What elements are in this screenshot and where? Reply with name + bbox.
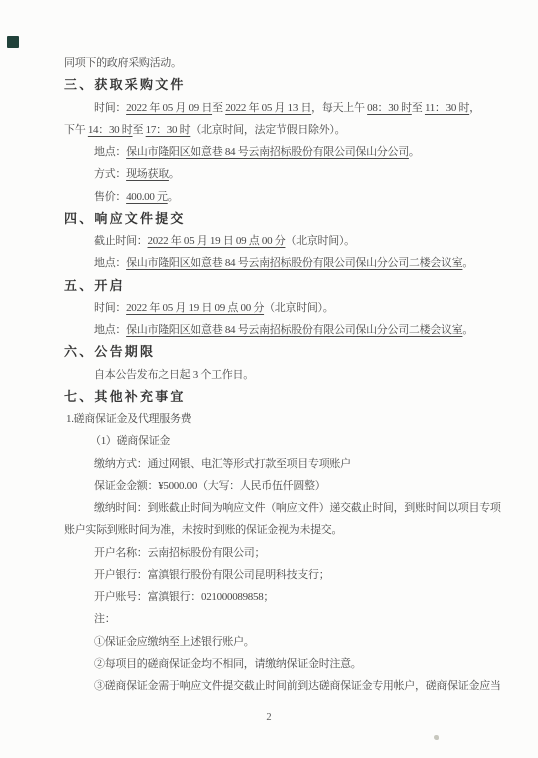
account-name-segment-0: 开户名称：云南招标股份有限公司； (94, 547, 265, 559)
item-1-1-title-segment-0: （1）磋商保证金 (90, 435, 170, 447)
payment-method-segment-0: 缴纳方式：通过网银、电汇等形式打款至项目专项账户 (94, 458, 351, 470)
line-intro-continuation-segment-0: 同项下的政府采购活动。 (64, 57, 182, 69)
section-5-location-segment-2: 。 (462, 324, 473, 336)
section-3-price-segment-2: 。 (168, 191, 179, 203)
section-5-time-segment-1: 2022 年 05 月 19 日 09 点 00 分 (126, 302, 264, 314)
account-bank-segment-0: 开户银行：富滇银行股份有限公司昆明科技支行； (94, 569, 329, 581)
scan-artifact-bottom-right (434, 735, 439, 740)
section-3-price-segment-0: 售价： (94, 191, 126, 203)
section-3-location: 地点：保山市隆阳区如意巷 84 号云南招标股份有限公司保山分公司。 (64, 141, 530, 163)
section-4-location-segment-1: 保山市隆阳区如意巷 84 号云南招标股份有限公司保山分公司二楼会议室 (126, 257, 462, 269)
section-3-time-line2-segment-2: 至 (133, 124, 146, 136)
document-content: 同项下的政府采购活动。三、获取采购文件时间：2022 年 05 月 09 日至 … (64, 52, 530, 697)
section-3-location-segment-0: 地点： (94, 146, 126, 158)
section-4-heading-segment-0: 四、响应文件提交 (64, 211, 186, 226)
account-number: 开户账号：富滇银行：021000089858； (64, 586, 530, 608)
deposit-amount-segment-0: 保证金金额：¥5000.00（大写：人民币伍仟圆整） (94, 480, 325, 492)
section-4-location-segment-0: 地点： (94, 257, 126, 269)
section-3-time-line2-segment-0: 下午 (64, 124, 88, 136)
section-6-heading: 六、公告期限 (64, 341, 530, 363)
section-4-heading: 四、响应文件提交 (64, 208, 530, 230)
scanned-document-page: 同项下的政府采购活动。三、获取采购文件时间：2022 年 05 月 09 日至 … (0, 0, 538, 758)
payment-method: 缴纳方式：通过网银、电汇等形式打款至项目专项账户 (64, 453, 530, 475)
page-number: 2 (0, 712, 538, 723)
line-intro-continuation: 同项下的政府采购活动。 (64, 52, 530, 74)
section-5-time-segment-2: （北京时间）。 (264, 302, 333, 314)
section-5-heading: 五、开启 (64, 275, 530, 297)
section-7-heading: 七、其他补充事宜 (64, 386, 530, 408)
section-3-price-segment-1: 400.00 元 (126, 191, 168, 203)
section-3-heading: 三、获取采购文件 (64, 74, 530, 96)
section-6-heading-segment-0: 六、公告期限 (64, 344, 155, 359)
item-1-title: 1.磋商保证金及代理服务费 (64, 408, 530, 430)
section-3-method: 方式：现场获取。 (64, 163, 530, 185)
section-3-time-line1-segment-2: 至 (212, 102, 225, 114)
payment-time-line1-segment-0: 缴纳时间：到账截止时间为响应文件（响应文件）递交截止时间，到账时间以项目专项 (94, 502, 501, 514)
section-3-heading-segment-0: 三、获取采购文件 (64, 77, 186, 92)
section-3-time-line1-segment-5: 08：30 时 (367, 102, 412, 114)
section-3-time-line1-segment-4: ，每天上午 (311, 102, 367, 114)
section-3-time-line1-segment-6: 至 (412, 102, 425, 114)
section-5-location-segment-1: 保山市隆阳区如意巷 84 号云南招标股份有限公司保山分公司二楼会议室 (126, 324, 462, 336)
item-1-1-title: （1）磋商保证金 (64, 430, 530, 452)
note-1-segment-0: ①保证金应缴纳至上述银行账户。 (94, 636, 255, 648)
section-6-duration: 自本公告发布之日起 3 个工作日。 (64, 364, 530, 386)
section-3-method-segment-1: 现场获取 (126, 168, 169, 180)
section-3-price: 售价：400.00 元。 (64, 186, 530, 208)
note-3: ③磋商保证金需于响应文件提交截止时间前到达磋商保证金专用帐户，磋商保证金应当 (64, 675, 530, 697)
section-3-time-line1: 时间：2022 年 05 月 09 日至 2022 年 05 月 13 日，每天… (64, 97, 530, 119)
section-3-time-line2-segment-4: （北京时间，法定节假日除外）。 (190, 124, 345, 136)
section-3-method-segment-0: 方式： (94, 168, 126, 180)
section-5-location-segment-0: 地点： (94, 324, 126, 336)
account-name: 开户名称：云南招标股份有限公司； (64, 542, 530, 564)
section-3-location-segment-1: 保山市隆阳区如意巷 84 号云南招标股份有限公司保山分公司 (126, 146, 409, 158)
section-3-time-line1-segment-1: 2022 年 05 月 09 日 (126, 102, 212, 114)
section-3-time-line2-segment-3: 17：30 时 (146, 124, 191, 136)
scan-artifact-top-left (7, 36, 19, 48)
payment-time-line2-segment-0: 账户实际到账时间为准，未按时到账的保证金视为未提交。 (64, 524, 342, 536)
deposit-amount: 保证金金额：¥5000.00（大写：人民币伍仟圆整） (64, 475, 530, 497)
section-3-location-segment-2: 。 (409, 146, 420, 158)
item-1-title-segment-0: 1.磋商保证金及代理服务费 (66, 413, 191, 425)
section-4-location: 地点：保山市隆阳区如意巷 84 号云南招标股份有限公司保山分公司二楼会议室。 (64, 252, 530, 274)
section-3-time-line1-segment-8: ， (469, 102, 480, 114)
section-3-time-line2-segment-1: 14：30 时 (88, 124, 133, 136)
section-3-time-line2: 下午 14：30 时至 17：30 时（北京时间，法定节假日除外）。 (64, 119, 530, 141)
section-4-deadline: 截止时间：2022 年 05 月 19 日 09 点 00 分（北京时间）。 (64, 230, 530, 252)
notes-label-segment-0: 注： (94, 613, 115, 625)
section-4-deadline-segment-0: 截止时间： (94, 235, 148, 247)
note-2: ②每项目的磋商保证金均不相同，请缴纳保证金时注意。 (64, 653, 530, 675)
section-3-time-line1-segment-0: 时间： (94, 102, 126, 114)
section-5-location: 地点：保山市隆阳区如意巷 84 号云南招标股份有限公司保山分公司二楼会议室。 (64, 319, 530, 341)
notes-label: 注： (64, 608, 530, 630)
payment-time-line1: 缴纳时间：到账截止时间为响应文件（响应文件）递交截止时间，到账时间以项目专项 (64, 497, 530, 519)
section-4-location-segment-2: 。 (462, 257, 473, 269)
section-3-time-line1-segment-7: 11：30 时 (425, 102, 469, 114)
note-1: ①保证金应缴纳至上述银行账户。 (64, 631, 530, 653)
note-2-segment-0: ②每项目的磋商保证金均不相同，请缴纳保证金时注意。 (94, 658, 362, 670)
section-4-deadline-segment-1: 2022 年 05 月 19 日 09 点 00 分 (148, 235, 286, 247)
section-7-heading-segment-0: 七、其他补充事宜 (64, 389, 186, 404)
note-3-segment-0: ③磋商保证金需于响应文件提交截止时间前到达磋商保证金专用帐户，磋商保证金应当 (94, 680, 501, 692)
section-5-heading-segment-0: 五、开启 (64, 278, 125, 293)
account-number-segment-0: 开户账号：富滇银行：021000089858； (94, 591, 274, 603)
section-4-deadline-segment-2: （北京时间）。 (285, 235, 354, 247)
section-5-time-segment-0: 时间： (94, 302, 126, 314)
account-bank: 开户银行：富滇银行股份有限公司昆明科技支行； (64, 564, 530, 586)
section-6-duration-segment-0: 自本公告发布之日起 3 个工作日。 (94, 369, 254, 381)
payment-time-line2: 账户实际到账时间为准，未按时到账的保证金视为未提交。 (64, 519, 530, 541)
section-5-time: 时间：2022 年 05 月 19 日 09 点 00 分（北京时间）。 (64, 297, 530, 319)
section-3-time-line1-segment-3: 2022 年 05 月 13 日 (225, 102, 311, 114)
section-3-method-segment-2: 。 (169, 168, 180, 180)
